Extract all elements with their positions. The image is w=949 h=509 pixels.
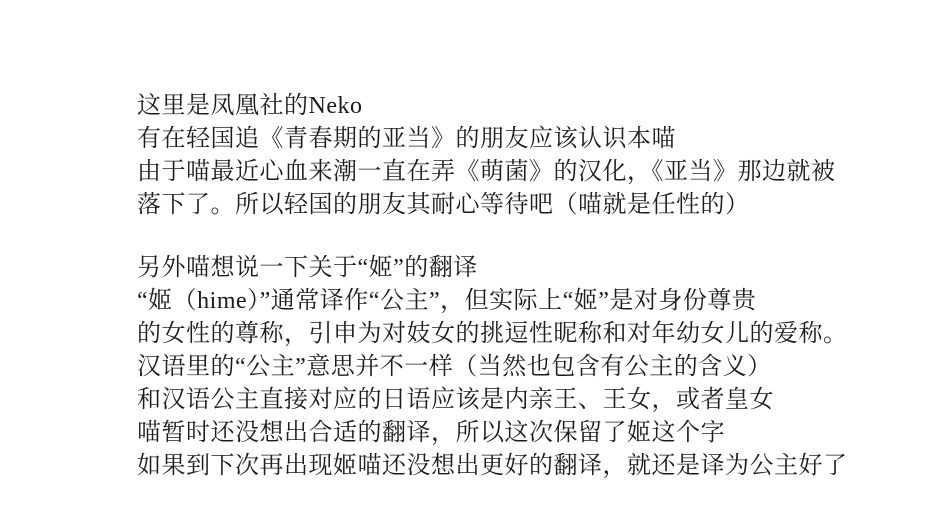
intro-paragraph: 这里是凤凰社的Neko 有在轻国追《青春期的亚当》的朋友应该认识本喵 由于喵最近…	[137, 90, 848, 222]
text-line: 落下了。所以轻国的朋友其耐心等待吧（喵就是任性的）	[137, 189, 848, 222]
text-line: 喵暂时还没想出合适的翻译，所以这次保留了姬这个字	[137, 417, 848, 450]
text-line: 有在轻国追《青春期的亚当》的朋友应该认识本喵	[137, 123, 848, 156]
text-line: 的女性的尊称，引申为对妓女的挑逗性昵称和对年幼女儿的爱称。	[137, 318, 848, 351]
text-line: “姬（hime）”通常译作“公主”，但实际上“姬”是对身份尊贵	[137, 285, 848, 318]
translator-note-text: 这里是凤凰社的Neko 有在轻国追《青春期的亚当》的朋友应该认识本喵 由于喵最近…	[137, 90, 848, 483]
text-line: 汉语里的“公主”意思并不一样（当然也包含有公主的含义）	[137, 351, 848, 384]
text-line: 这里是凤凰社的Neko	[137, 90, 848, 123]
text-line: 如果到下次再出现姬喵还没想出更好的翻译，就还是译为公主好了	[137, 450, 848, 483]
translator-note-page: 这里是凤凰社的Neko 有在轻国追《青春期的亚当》的朋友应该认识本喵 由于喵最近…	[0, 0, 949, 509]
text-line: 另外喵想说一下关于“姬”的翻译	[137, 252, 848, 285]
hime-translation-paragraph: 另外喵想说一下关于“姬”的翻译 “姬（hime）”通常译作“公主”，但实际上“姬…	[137, 252, 848, 483]
text-line: 和汉语公主直接对应的日语应该是内亲王、王女，或者皇女	[137, 384, 848, 417]
text-line: 由于喵最近心血来潮一直在弄《萌菌》的汉化，《亚当》那边就被	[137, 156, 848, 189]
